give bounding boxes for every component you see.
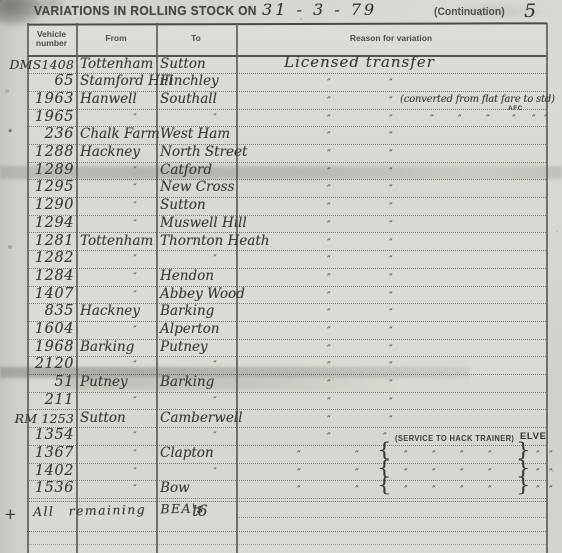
vehicle-number: 1289 [35,162,74,180]
ditto-mark: ″ [404,482,408,500]
reason-cell: ″″ [236,339,546,357]
margin-plus: + [4,505,17,523]
from-cell: ″ [105,286,165,305]
table-row: 1604″Alperton″″ [27,321,546,340]
reason-cell: ″″ [236,268,546,286]
table-row: 1367″Clapton″″{″″″″}″″ [27,445,546,464]
reason-cell: ″″ [236,179,546,197]
from-cell: ″ [105,162,165,181]
vehicle-number: 1354 [35,427,74,445]
reason-cell: ″″ [236,73,546,91]
table-row: 1282″″″″ [27,250,546,269]
vehicle-number: 236 [45,126,74,144]
table-row: 1294″Muswell Hill″″ [27,215,546,234]
footnote-mark: t6 [192,501,207,520]
from-cell: ″ [105,356,165,375]
header-to: To [157,23,235,55]
from-cell: ″ [105,250,165,269]
reason-note: (converted from flat fare to std) [400,91,555,109]
from-cell: ″ [105,109,165,128]
reason-cell: ″″″″″″″″ [236,109,546,127]
from-cell: ″ [105,480,165,499]
reason-cell: ″″{″″″″}″″ [236,480,546,498]
reason-cell: ″″ [236,374,546,392]
table-row: 2120″″″″ [27,356,546,375]
reason-cell: ″″ [236,303,546,321]
reason-cell: ″″ [236,162,546,180]
vehicle-number: 1963 [35,91,74,109]
from-cell: Sutton [80,410,160,428]
reason-text: Licensed transfer [284,54,435,72]
reason-cell: Licensed transfer [236,56,546,74]
brace-close: } [516,479,531,494]
table-row: 1968BarkingPutney″″ [27,339,546,358]
from-cell: Hackney [80,303,160,321]
reason-cell: ″″ [236,392,546,410]
table-row: 65Stamford HillFinchley″″ [27,73,546,92]
vehicle-number: 1407 [35,286,74,304]
from-cell: Hackney [80,144,160,162]
reason-cell: ″″ [236,286,546,304]
vehicle-number: DMS1408 [9,56,74,74]
vehicle-number: 1290 [35,197,74,215]
vehicle-number: 1604 [35,321,74,339]
reason-cell: ″″ [236,144,546,162]
reason-cell: ″″ [236,321,546,339]
reason-cell: ″″ [236,215,546,233]
vehicle-number: 1294 [35,215,74,233]
table-row: 1407″Abbey Wood″″ [27,286,546,305]
table-row: RM 1253SuttonCamberwell″″ [27,410,546,429]
vehicle-number: 1965 [35,109,74,127]
ditto-mark: ″ [297,482,301,500]
table-row: 1281TottenhamThornton Heath″″ [27,233,546,252]
from-cell: ″ [105,445,165,464]
page-number: 5 [524,0,536,22]
table-row: 211″″″″ [27,392,546,411]
ditto-mark: ″ [549,465,553,483]
vehicle-number: 2120 [35,356,74,374]
table-row: 1288HackneyNorth Street″″ [27,144,546,163]
vehicle-number: 1284 [35,268,74,286]
ditto-mark: ″ [460,482,464,500]
footer-rule-3 [27,531,546,532]
vehicle-number: 1968 [35,339,74,357]
table-row: 1354″″″″(SERVICE TO HACK TRAINER)ELVE [27,427,546,446]
from-cell: ″ [105,321,165,340]
from-cell: Chalk Farm [80,126,160,144]
reason-cell: ″″ [236,410,546,428]
table-row: 1295″New Cross″″ [27,179,546,198]
reason-cell: ″″(converted from flat fare to std)AFC [236,91,546,109]
table-row: 1402″″″″{″″″″}″″ [27,463,546,482]
from-cell: ″ [105,197,165,216]
reason-cell: ″″ [236,250,546,268]
reason-cell: ″″ [236,126,546,144]
from-cell: Putney [80,374,160,392]
date-value: 31 - 3 - 79 [262,0,377,19]
vehicle-number: 65 [54,73,74,91]
ditto-mark: ″ [432,482,436,500]
from-cell: Tottenham [80,56,160,74]
table-row: 1536″Bow″″{″″″″}″″ [27,480,546,499]
header-from: From [77,23,155,55]
date-handwritten: 31 - 3 - 79 [262,0,377,20]
table-row: 1963HanwellSouthall″″(converted from fla… [27,91,546,110]
from-cell: Barking [80,339,160,357]
page-left-margin [0,0,27,553]
from-cell: Tottenham [80,233,160,251]
from-cell: ″ [105,427,165,446]
vehicle-number: 1282 [35,250,74,268]
ditto-mark: ″ [549,482,553,500]
table-row: 236Chalk FarmWest Ham″″ [27,126,546,145]
vehicle-number: RM 1253 [15,410,74,428]
vehicle-number: 1402 [35,463,74,481]
reason-cell: ″″ [236,233,546,251]
footer-rule-4 [27,544,546,545]
from-cell: ″ [105,215,165,234]
table-row: 1289″Catford″″ [27,162,546,181]
brace-open: { [377,443,392,458]
table-row: 1284″Hendon″″ [27,268,546,287]
vehicle-number: 211 [45,392,74,410]
brace-open: { [377,479,392,494]
vehicle-number: 1536 [35,480,74,498]
table-row: 1965″″″″″″″″″″ [27,109,546,128]
header-vehicle-number: Vehicle number [28,23,75,55]
brace-close: } [516,443,531,458]
ditto-mark: ″ [549,447,553,465]
from-cell: ″ [105,392,165,411]
page-title: VARIATIONS IN ROLLING STOCK ON [34,4,257,18]
header-reason: Reason for variation [237,23,545,55]
vehicle-number: 835 [45,303,74,321]
vehicle-number: 1367 [35,445,74,463]
scan-speckles [0,0,2,2]
vehicle-number: 1288 [35,144,74,162]
reason-cell: ″″ [236,197,546,215]
continuation-label: (Continuation) [434,6,505,18]
table-row: DMS1408TottenhamSuttonLicensed transfer [27,56,546,75]
table-row: 51PutneyBarking″″ [27,374,546,393]
ditto-mark: ″ [536,482,540,500]
footer-rule-2 [236,517,546,518]
table-row: 835HackneyBarking″″ [27,303,546,322]
margin-asterisk: * [8,127,12,139]
from-cell: ″ [105,179,165,198]
ditto-mark: ″ [355,482,359,500]
from-cell: ″ [105,268,165,287]
reason-cell: ″″ [236,356,546,374]
vehicle-number: 1295 [35,179,74,197]
vehicle-number: 51 [54,374,74,392]
document-scan: { "page": { "title": "VARIATIONS IN ROLL… [0,0,562,553]
from-cell: ″ [105,463,165,482]
table-row: 1290″Sutton″″ [27,197,546,216]
ditto-mark: ″ [488,482,492,500]
vehicle-number: 1281 [35,233,74,251]
from-cell: Hanwell [80,91,160,109]
from-cell: Stamford Hill [80,73,160,91]
